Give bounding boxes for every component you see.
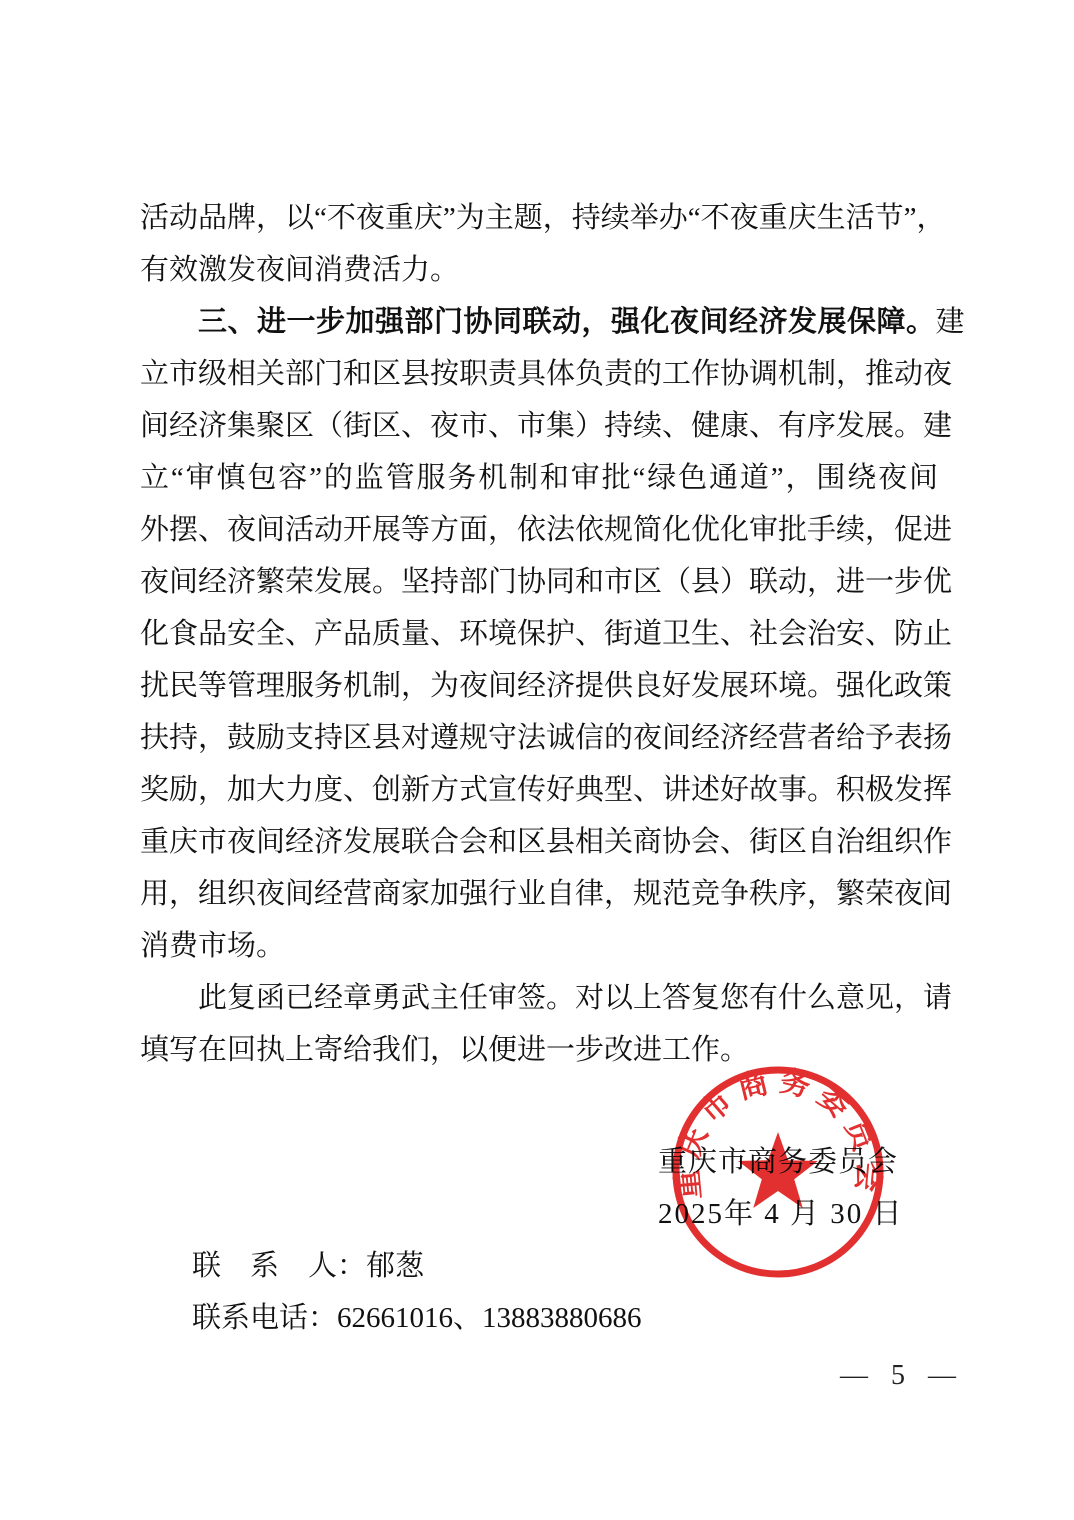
text-line: 化食品安全、产品质量、环境保护、街道卫生、社会治安、防止 (140, 608, 938, 660)
text-line: 有效激发夜间消费活力。 (140, 244, 938, 296)
contact-block: 联 系 人：郁葱 联系电话：62661016、13883880686 (192, 1240, 642, 1344)
contact-phone-line: 联系电话：62661016、13883880686 (192, 1292, 642, 1344)
contact-person-value: 郁葱 (366, 1250, 424, 1282)
contact-person-label: 联 系 人： (192, 1250, 366, 1282)
text-line: 扶持，鼓励支持区县对遵规守法诚信的夜间经济经营者给予表扬 (140, 712, 938, 764)
text-line: 此复函已经章勇武主任审签。对以上答复您有什么意见，请 (140, 972, 938, 1024)
text-line: 外摆、夜间活动开展等方面，依法依规简化优化审批手续，促进 (140, 504, 938, 556)
document-page: 活动品牌，以“不夜重庆”为主题，持续举办“不夜重庆生活节”， 有效激发夜间消费活… (0, 0, 1074, 1520)
heading-tail-text: 建 (936, 306, 965, 338)
text-line: 活动品牌，以“不夜重庆”为主题，持续举办“不夜重庆生活节”， (140, 192, 938, 244)
text-line: 扰民等管理服务机制，为夜间经济提供良好发展环境。强化政策 (140, 660, 938, 712)
text-line: 重庆市夜间经济发展联合会和区县相关商协会、街区自治组织作 (140, 816, 938, 868)
official-seal: 重庆市商务委员会 (668, 1062, 888, 1282)
seal-star-icon (738, 1132, 818, 1208)
contact-person-line: 联 系 人：郁葱 (192, 1240, 642, 1292)
section-heading-line: 三、进一步加强部门协同联动，强化夜间经济发展保障。建 (140, 296, 938, 348)
letter-body: 活动品牌，以“不夜重庆”为主题，持续举办“不夜重庆生活节”， 有效激发夜间消费活… (140, 192, 938, 1076)
text-line: 奖励，加大力度、创新方式宣传好典型、讲述好故事。积极发挥 (140, 764, 938, 816)
text-line: 间经济集聚区（街区、夜市、市集）持续、健康、有序发展。建 (140, 400, 938, 452)
text-line: 立市级相关部门和区县按职责具体负责的工作协调机制，推动夜 (140, 348, 938, 400)
text-line: 用，组织夜间经营商家加强行业自律，规范竞争秩序，繁荣夜间 (140, 868, 938, 920)
page-number: — 5 — (840, 1360, 964, 1392)
text-line: 夜间经济繁荣发展。坚持部门协同和市区（县）联动，进一步优 (140, 556, 938, 608)
text-line: 消费市场。 (140, 920, 938, 972)
contact-phone-value: 62661016、13883880686 (337, 1302, 642, 1334)
section-heading: 三、进一步加强部门协同联动，强化夜间经济发展保障。 (198, 306, 936, 338)
contact-phone-label: 联系电话： (192, 1302, 337, 1334)
text-line: 立“审慎包容”的监管服务机制和审批“绿色通道”，围绕夜间 (140, 452, 938, 504)
